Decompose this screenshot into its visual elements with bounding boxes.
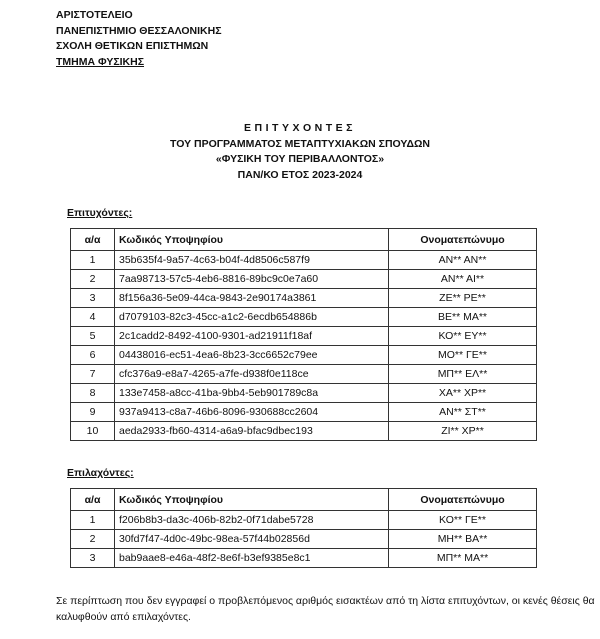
candidate-name: ΜΠ** ΜΑ** (389, 549, 537, 568)
candidate-name: ΒΕ** ΜΑ** (389, 308, 537, 327)
table-row: 9937a9413-c8a7-46b6-8096-930688cc2604ΑΝ*… (71, 403, 537, 422)
candidate-code: 30fd7f47-4d0c-49bc-98ea-57f44b02856d (115, 530, 389, 549)
candidate-code: 937a9413-c8a7-46b6-8096-930688cc2604 (115, 403, 389, 422)
row-number: 5 (71, 327, 115, 346)
row-number: 9 (71, 403, 115, 422)
table-row: 4d7079103-82c3-45cc-a1c2-6ecdb654886bΒΕ*… (71, 308, 537, 327)
row-number: 4 (71, 308, 115, 327)
table-header-row: α/α Κωδικός Υποψηφίου Ονοματεπώνυμο (71, 229, 537, 251)
university-line-2: ΠΑΝΕΠΙΣΤΗΜΙΟ ΘΕΣΣΑΛΟΝΙΚΗΣ (56, 24, 222, 40)
title-line-4: ΠΑΝ/ΚΟ ΕΤΟΣ 2023-2024 (0, 168, 600, 184)
runners-up-table: α/α Κωδικός Υποψηφίου Ονοματεπώνυμο 1f20… (70, 488, 537, 568)
table-row: 230fd7f47-4d0c-49bc-98ea-57f44b02856dΜΗ*… (71, 530, 537, 549)
candidate-name: ΚΟ** ΕΥ** (389, 327, 537, 346)
table-row: 7cfc376a9-e8a7-4265-a7fe-d938f0e118ceΜΠ*… (71, 365, 537, 384)
candidate-code: 133e7458-a8cc-41ba-9bb4-5eb901789c8a (115, 384, 389, 403)
column-header-name: Ονοματεπώνυμο (389, 229, 537, 251)
column-header-name: Ονοματεπώνυμο (389, 489, 537, 511)
row-number: 3 (71, 549, 115, 568)
candidate-name: ΑΝ** ΑΝ** (389, 251, 537, 270)
row-number: 2 (71, 530, 115, 549)
candidate-name: ΜΗ** ΒΑ** (389, 530, 537, 549)
table-row: 38f156a36-5e09-44ca-9843-2e90174a3861ΖΕ*… (71, 289, 537, 308)
table-row: 1f206b8b3-da3c-406b-82b2-0f71dabe5728ΚΟ*… (71, 511, 537, 530)
column-header-code: Κωδικός Υποψηφίου (115, 489, 389, 511)
candidate-name: ΜΟ** ΓΕ** (389, 346, 537, 365)
candidate-name: ΜΠ** ΕΛ** (389, 365, 537, 384)
table-row: 27aa98713-57c5-4eb6-8816-89bc9c0e7a60ΑΝ*… (71, 270, 537, 289)
candidate-name: ΖΙ** ΧΡ** (389, 422, 537, 441)
runners-up-label: Επιλαχόντες: (67, 467, 134, 479)
table-row: 10aeda2933-fb60-4314-a6a9-bfac9dbec193ΖΙ… (71, 422, 537, 441)
title-line-1: ΕΠΙΤΥΧΟΝΤΕΣ (0, 121, 600, 137)
candidate-code: 2c1cadd2-8492-4100-9301-ad21911f18af (115, 327, 389, 346)
table-row: 8133e7458-a8cc-41ba-9bb4-5eb901789c8aΧΑ*… (71, 384, 537, 403)
table-row: 604438016-ec51-4ea6-8b23-3cc6652c79eeΜΟ*… (71, 346, 537, 365)
candidate-name: ΧΑ** ΧΡ** (389, 384, 537, 403)
row-number: 8 (71, 384, 115, 403)
candidate-name: ΖΕ** ΡΕ** (389, 289, 537, 308)
column-header-code: Κωδικός Υποψηφίου (115, 229, 389, 251)
candidate-code: f206b8b3-da3c-406b-82b2-0f71dabe5728 (115, 511, 389, 530)
candidate-name: ΑΝ** ΑΙ** (389, 270, 537, 289)
title-line-3: «ΦΥΣΙΚΗ ΤΟΥ ΠΕΡΙΒΑΛΛΟΝΤΟΣ» (0, 152, 600, 168)
row-number: 2 (71, 270, 115, 289)
candidate-code: bab9aae8-e46a-48f2-8e6f-b3ef9385e8c1 (115, 549, 389, 568)
document-title: ΕΠΙΤΥΧΟΝΤΕΣ ΤΟΥ ΠΡΟΓΡΑΜΜΑΤΟΣ ΜΕΤΑΠΤΥΧΙΑΚ… (0, 121, 600, 183)
table-row: 52c1cadd2-8492-4100-9301-ad21911f18afΚΟ*… (71, 327, 537, 346)
candidate-code: d7079103-82c3-45cc-a1c2-6ecdb654886b (115, 308, 389, 327)
candidate-code: cfc376a9-e8a7-4265-a7fe-d938f0e118ce (115, 365, 389, 384)
column-header-aa: α/α (71, 489, 115, 511)
row-number: 7 (71, 365, 115, 384)
table-header-row: α/α Κωδικός Υποψηφίου Ονοματεπώνυμο (71, 489, 537, 511)
candidate-code: 35b635f4-9a57-4c63-b04f-4d8506c587f9 (115, 251, 389, 270)
successful-label: Επιτυχόντες: (67, 207, 132, 219)
row-number: 3 (71, 289, 115, 308)
table-row: 135b635f4-9a57-4c63-b04f-4d8506c587f9ΑΝ*… (71, 251, 537, 270)
university-line-1: ΑΡΙΣΤΟΤΕΛΕΙΟ (56, 8, 222, 24)
row-number: 1 (71, 251, 115, 270)
title-line-2: ΤΟΥ ΠΡΟΓΡΑΜΜΑΤΟΣ ΜΕΤΑΠΤΥΧΙΑΚΩΝ ΣΠΟΥΔΩΝ (0, 137, 600, 153)
school-line: ΣΧΟΛΗ ΘΕΤΙΚΩΝ ΕΠΙΣΤΗΜΩΝ (56, 39, 222, 55)
candidate-name: ΑΝ** ΣΤ** (389, 403, 537, 422)
row-number: 1 (71, 511, 115, 530)
candidate-code: aeda2933-fb60-4314-a6a9-bfac9dbec193 (115, 422, 389, 441)
footnote: Σε περίπτωση που δεν εγγραφεί ο προβλεπό… (56, 593, 596, 625)
candidate-code: 7aa98713-57c5-4eb6-8816-89bc9c0e7a60 (115, 270, 389, 289)
successful-table: α/α Κωδικός Υποψηφίου Ονοματεπώνυμο 135b… (70, 228, 537, 441)
row-number: 10 (71, 422, 115, 441)
row-number: 6 (71, 346, 115, 365)
candidate-name: ΚΟ** ΓΕ** (389, 511, 537, 530)
candidate-code: 04438016-ec51-4ea6-8b23-3cc6652c79ee (115, 346, 389, 365)
column-header-aa: α/α (71, 229, 115, 251)
department-line: ΤΜΗΜΑ ΦΥΣΙΚΗΣ (56, 55, 222, 71)
table-row: 3bab9aae8-e46a-48f2-8e6f-b3ef9385e8c1ΜΠ*… (71, 549, 537, 568)
candidate-code: 8f156a36-5e09-44ca-9843-2e90174a3861 (115, 289, 389, 308)
institution-header: ΑΡΙΣΤΟΤΕΛΕΙΟ ΠΑΝΕΠΙΣΤΗΜΙΟ ΘΕΣΣΑΛΟΝΙΚΗΣ Σ… (56, 8, 222, 70)
